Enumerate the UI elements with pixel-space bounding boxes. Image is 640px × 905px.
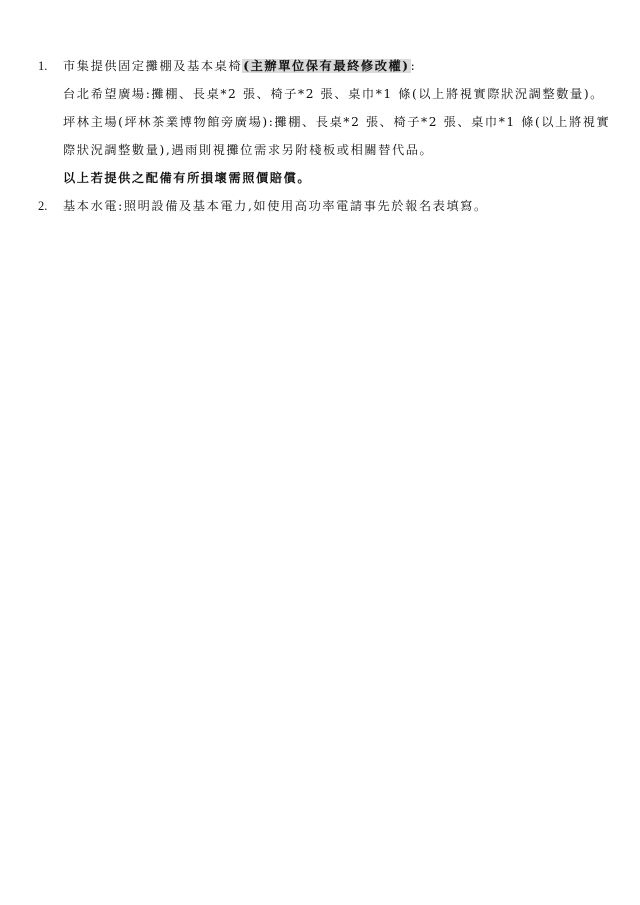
detail-line-pinglin-cont: 際狀況調整數量),遇雨則視攤位需求另附棧板或相關替代品。 [63,142,433,158]
highlighted-note: (主辦單位保有最終修改權) [242,59,410,73]
item-title: 基本水電:照明設備及基本電力,如使用高功率電請事先於報名表填寫。 [63,198,488,214]
item-title: 市集提供固定攤棚及基本桌椅 [63,59,242,73]
detail-line-taipei: 台北希望廣場:攤棚、長桌*2 張、椅子*2 張、桌巾*1 條(以上將視實際狀況調… [63,86,604,102]
item-number: 1. [38,58,47,74]
item-number: 2. [38,198,47,214]
item-heading: 市集提供固定攤棚及基本桌椅(主辦單位保有最終修改權): [63,58,416,74]
damage-note: 以上若提供之配備有所損壞需照價賠償。 [63,170,311,186]
title-colon: : [411,59,417,73]
detail-line-pinglin: 坪林主場(坪林茶業博物館旁廣場):攤棚、長桌*2 張、椅子*2 張、桌巾*1 條… [63,114,610,130]
